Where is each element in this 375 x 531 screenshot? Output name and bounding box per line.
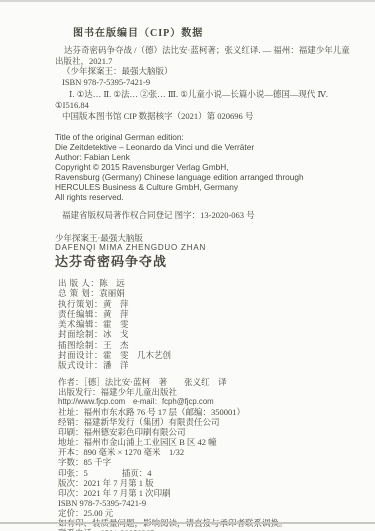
english-copyright-block: Title of the original German edition: Di… (55, 132, 357, 202)
cip-record-number: 中国版本图书馆 CIP 数据核字（2021）第 020696 号 (55, 111, 357, 122)
staff-value: 霍 雯 (103, 319, 129, 329)
pub-printer-address-line: 地址：福州市金山浦上工业园区 B 区 42 幢 (55, 437, 357, 447)
title-pinyin: DAFENQI MIMA ZHENGDUO ZHAN (55, 243, 357, 253)
original-title-label: Title of the original German edition: (55, 132, 357, 142)
pub-publisher-line: 出版发行：福建少年儿童出版社 (55, 387, 357, 397)
pub-word-count-line: 字数：85 千字 (55, 457, 357, 467)
cip-block: 图书在版编目（CIP）数据 达芬奇密码争夺战 /（德）法比安·蓝柯著；张义红译.… (55, 24, 357, 122)
staff-label: 执行策划： (58, 299, 103, 309)
cip-isbn: ISBN 978-7-5395-7421-9 (55, 77, 357, 88)
staff-label: 责任编辑： (58, 309, 103, 319)
staff-row-publisher: 出 版 人：陈 远 (55, 278, 357, 288)
cip-classification: Ⅰ. ①达… Ⅱ. ①法… ②张… Ⅲ. ①儿童小说—长篇小说—德国—现代 Ⅳ.… (55, 89, 357, 110)
staff-row-editor: 责任编辑：黄 萍 (55, 309, 357, 319)
author-line: Author: Fabian Lenk (55, 152, 357, 162)
pub-distributor-line: 经销：福建新华发行（集团）有限责任公司 (55, 417, 357, 427)
staff-row-layout-designer: 版式设计：潘 洋 (55, 360, 357, 370)
staff-label: 封面绘制： (58, 329, 103, 339)
book-copyright-page: { "page": { "bg": "#fbfbf9", "text_color… (0, 0, 375, 531)
staff-value: 袁丽娟 (99, 288, 125, 298)
book-title: 达芬奇密码争夺战 (55, 254, 357, 269)
cip-entry: 达芬奇密码争夺战 /（德）法比安·蓝柯著；张义红译. — 福州：福建少年儿童出版… (55, 45, 357, 66)
staff-value: 王 杰 (103, 340, 129, 350)
pub-author-line: 作者：［德］法比安·蓝柯 著 张义红 译 (55, 377, 357, 387)
staff-label: 总 策 划： (58, 288, 99, 298)
staff-row-art-editor: 美术编辑：霍 雯 (55, 319, 357, 329)
staff-row-executive-planner: 执行策划：黄 萍 (55, 299, 357, 309)
pub-edition-line: 版次：2021 年 7 月第 1 版 (55, 478, 357, 488)
pub-format-line: 开本：890 毫米 × 1270 毫米 1/32 (55, 447, 357, 457)
staff-value: 黄 萍 (103, 299, 129, 309)
staff-value: 潘 洋 (103, 360, 129, 370)
staff-value: 冰 戈 (103, 329, 129, 339)
staff-value: 霍 雯 几木艺创 (103, 350, 171, 360)
copyright-line-3: HERCULES Business & Culture GmbH, German… (55, 182, 357, 192)
staff-row-cover-designer: 封面设计：霍 雯 几木艺创 (55, 350, 357, 360)
copyright-page-content: 图书在版编目（CIP）数据 达芬奇密码争夺战 /（德）法比安·蓝柯著；张义红译.… (55, 24, 357, 531)
staff-credits-list: 出 版 人：陈 远 总 策 划：袁丽娟 执行策划：黄 萍 责任编辑：黄 萍 美术… (55, 278, 357, 371)
staff-row-interior-illustrator: 插图绘制：王 杰 (55, 340, 357, 350)
pub-printing-line: 印次：2021 年 7 月第 1 次印刷 (55, 488, 357, 498)
pub-price-line: 定价：25.00 元 (55, 508, 357, 518)
staff-label: 出 版 人： (58, 278, 99, 288)
staff-label: 插图绘制： (58, 340, 103, 350)
photo-bottom-edge (0, 522, 375, 524)
staff-label: 美术编辑： (58, 319, 103, 329)
copyright-line-1: Copyright © 2015 Ravensburger Verlag Gmb… (55, 162, 357, 172)
title-block: 少年探案王·最强大脑版 DAFENQI MIMA ZHENGDUO ZHAN 达… (55, 233, 357, 269)
original-title: Die Zeitdetektive – Leonardo da Vinci un… (55, 142, 357, 152)
copyright-line-2: Ravensburg (Germany) Chinese language ed… (55, 172, 357, 182)
series-title: 少年探案王·最强大脑版 (55, 233, 357, 243)
staff-label: 封面设计： (58, 350, 103, 360)
staff-label: 版式设计： (58, 360, 103, 370)
staff-value: 陈 远 (99, 278, 125, 288)
cip-series-note: （少年探案王：最强大脑版） (55, 66, 357, 77)
cip-heading: 图书在版编目（CIP）数据 (55, 24, 357, 39)
staff-value: 黄 萍 (103, 309, 129, 319)
staff-row-cover-illustrator: 封面绘制：冰 戈 (55, 329, 357, 339)
staff-row-chief-planner: 总 策 划：袁丽娟 (55, 288, 357, 298)
rights-reserved-line: All rights reserved. (55, 192, 357, 202)
publication-info-list: 作者：［德］法比安·蓝柯 著 张义红 译 出版发行：福建少年儿童出版社 http… (55, 377, 357, 531)
pub-website-email-line: http://www.fjcp.com e-mail：fcph@fjcp.com (55, 397, 357, 407)
pub-isbn-line: ISBN 978-7-5395-7421-9 (55, 498, 357, 508)
pub-sheets-inserts-line: 印张：5 插页：4 (55, 468, 357, 478)
copyright-registration-number: 福建省版权局著作权合同登记 图字：13-2020-063 号 (55, 210, 357, 221)
pub-address-line: 社址：福州市东水路 76 号 17 层（邮编：350001） (55, 407, 357, 417)
pub-printer-line: 印刷：福州德安彩色印刷有限公司 (55, 427, 357, 437)
photo-top-edge (0, 0, 375, 2)
